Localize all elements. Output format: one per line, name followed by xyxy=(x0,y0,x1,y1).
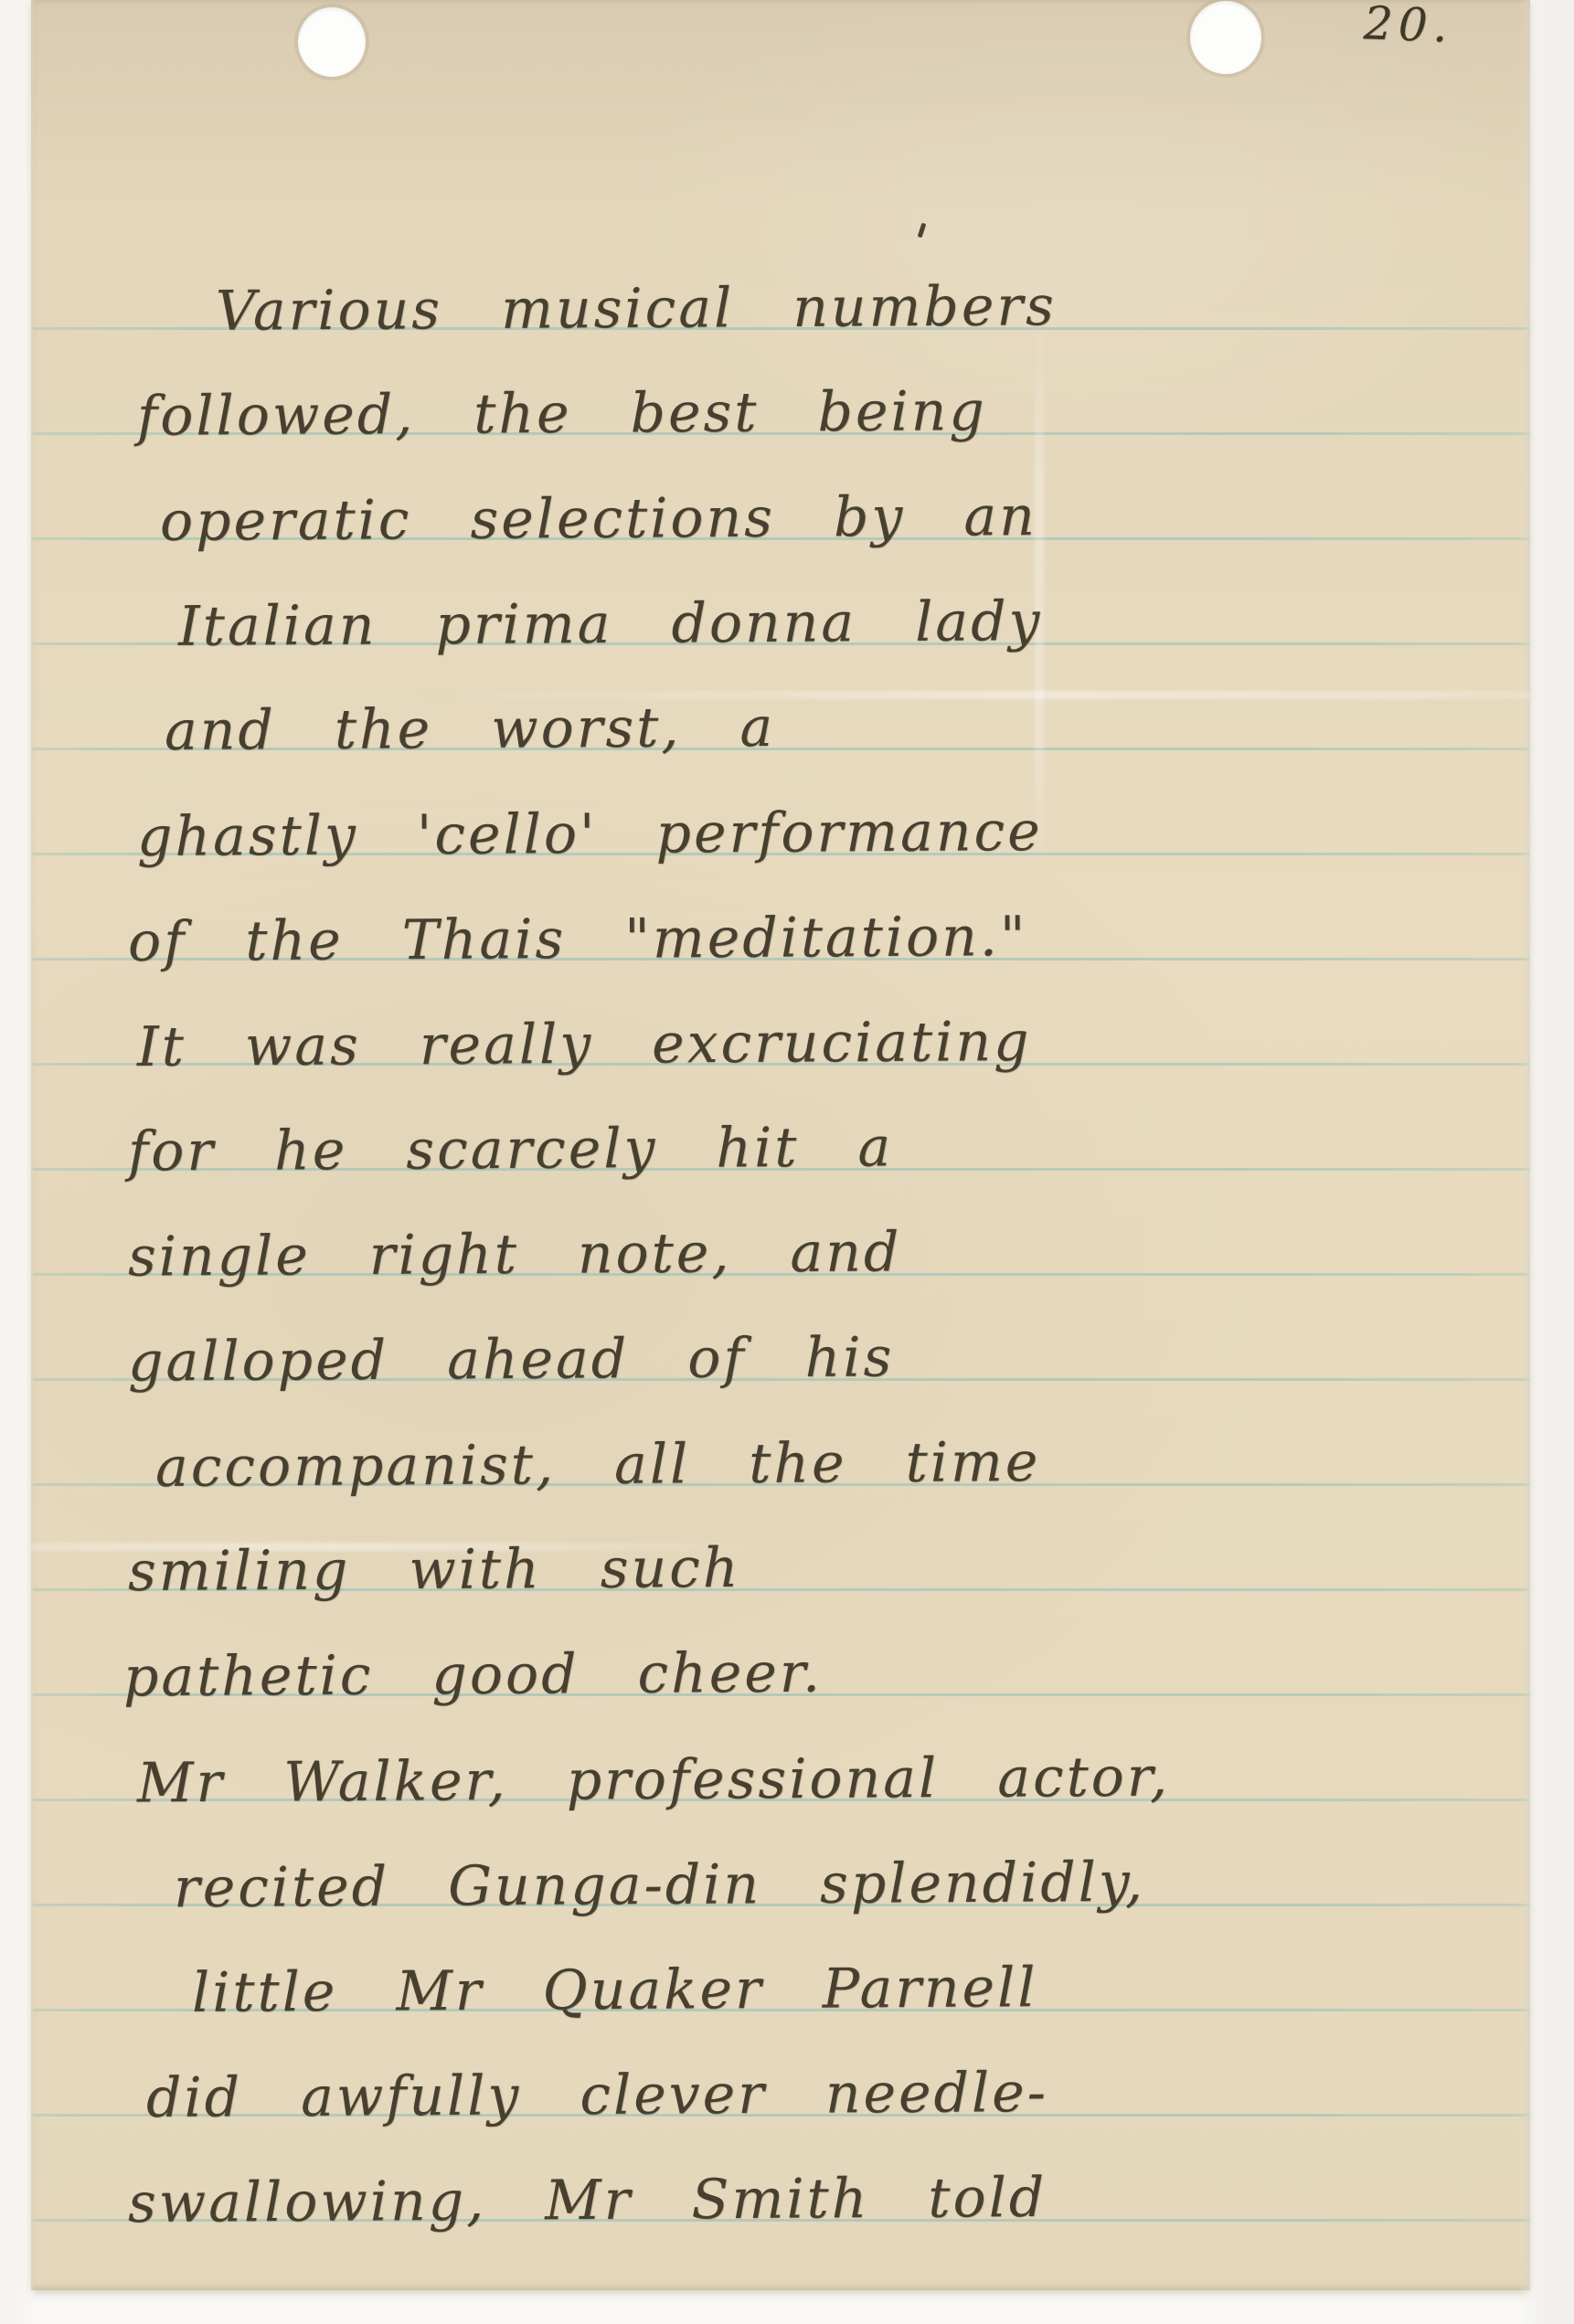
handwritten-line: It was really excruciating xyxy=(137,1014,1032,1075)
handwritten-line: galloped ahead of his xyxy=(128,1330,895,1389)
punch-hole-right xyxy=(1190,1,1261,74)
page-number: 20. xyxy=(1363,0,1453,48)
handwritten-line: smiling with such xyxy=(128,1541,741,1599)
handwritten-line: did awfully clever needle- xyxy=(146,2065,1048,2126)
punch-hole-left xyxy=(298,7,366,77)
handwritten-line: recited Gunga-din splendidly, xyxy=(174,1855,1145,1915)
handwritten-line: Various musical numbers xyxy=(216,279,1057,339)
handwritten-line: swallowing, Mr Smith told xyxy=(128,2170,1048,2231)
handwritten-line: of the Thais "meditation." xyxy=(128,909,1028,970)
ink-speck xyxy=(918,223,927,239)
handwritten-line: for he scarcely hit a xyxy=(128,1120,894,1179)
handwritten-line: single right note, and xyxy=(128,1225,902,1284)
handwritten-line: Mr Walker, professional actor, xyxy=(137,1750,1170,1811)
handwritten-line: ghastly 'cello' performance xyxy=(137,804,1043,865)
handwritten-line: little Mr Quaker Parnell xyxy=(192,1960,1038,2021)
handwritten-line: Italian prima donna lady xyxy=(178,594,1043,654)
handwritten-line: accompanist, all the time xyxy=(155,1435,1041,1495)
handwritten-line: pathetic good cheer. xyxy=(123,1646,823,1705)
scanned-document-page: { "page": { "number_label": "20." }, "do… xyxy=(0,0,1574,2324)
handwritten-line: followed, the best being xyxy=(137,384,987,444)
notebook-paper: 20. Various musical numbersfollowed, the… xyxy=(31,0,1530,2290)
handwritten-line: operatic selections by an xyxy=(160,489,1037,549)
paper-crease-vertical xyxy=(1035,302,1044,868)
handwritten-line: and the worst, a xyxy=(165,700,776,759)
